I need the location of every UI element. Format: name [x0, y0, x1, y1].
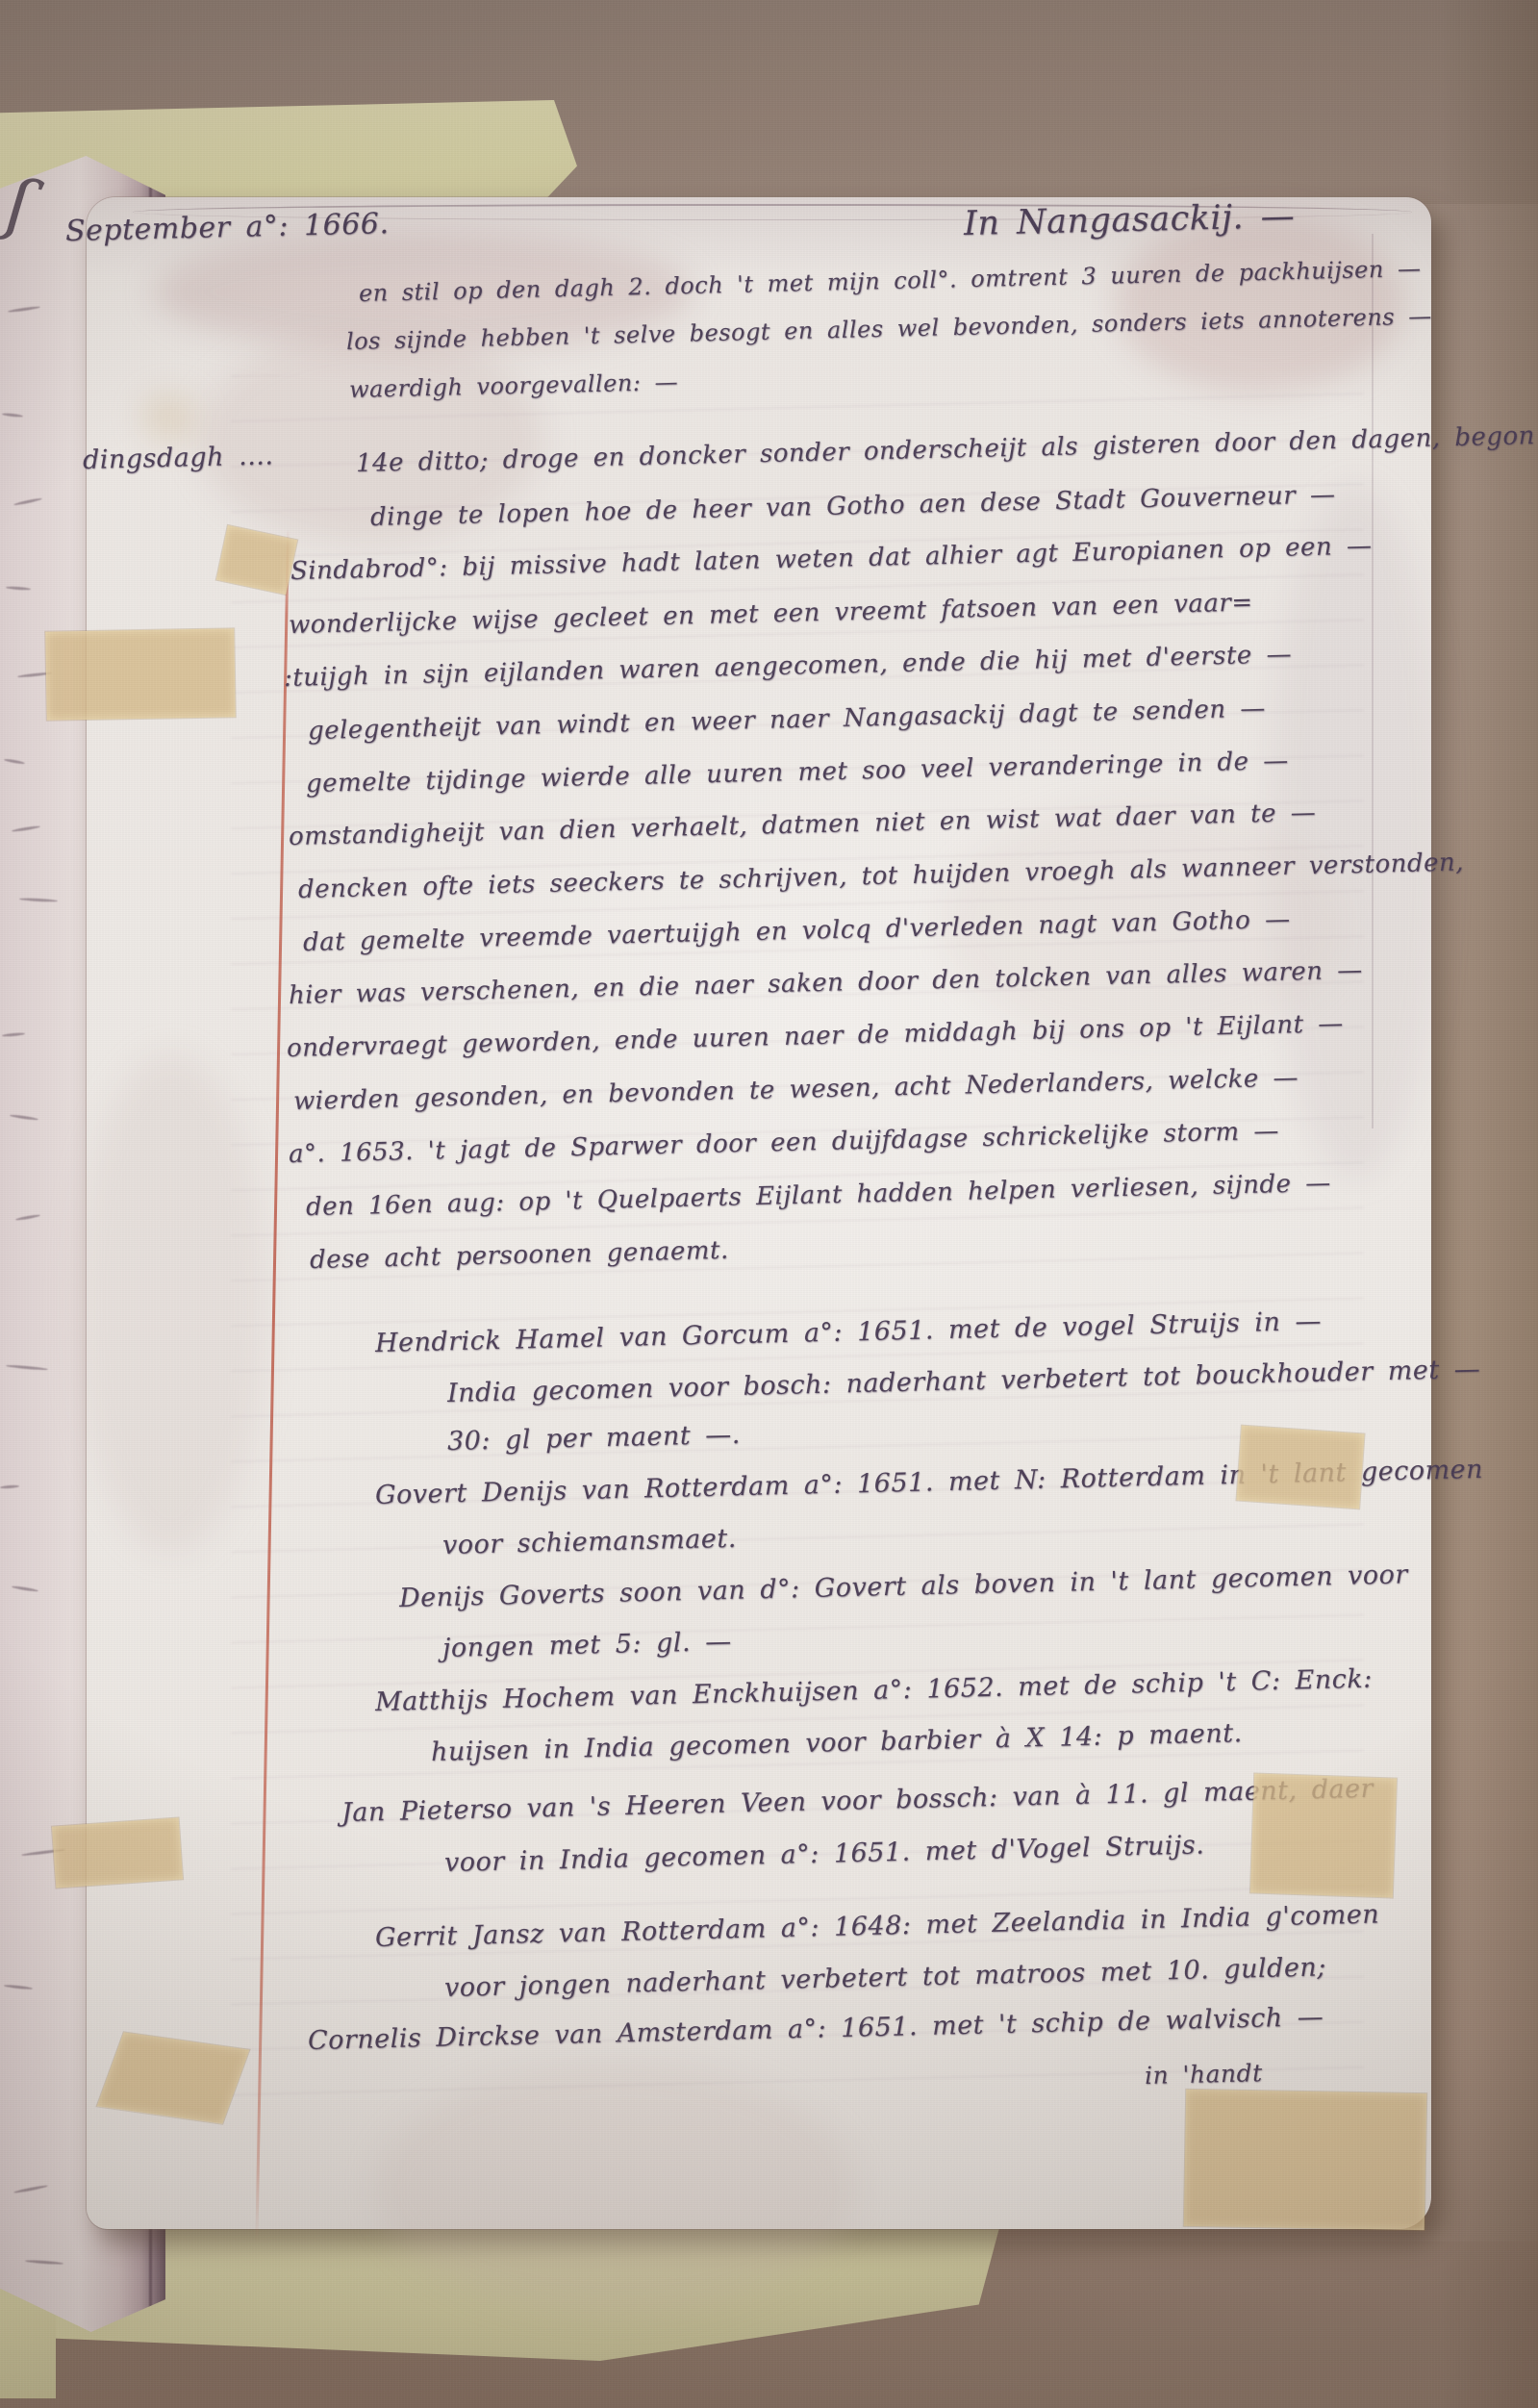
margin-day-label: dingsdagh ....: [83, 441, 274, 475]
manuscript-page: September a°: 1666. In Nangasackij. — en…: [87, 197, 1431, 2229]
stack-ink-mark: [4, 758, 25, 765]
place-header: In Nangasackij. —: [964, 197, 1296, 243]
stack-ink-mark: [0, 1484, 19, 1488]
tape-patch: [1236, 1426, 1364, 1509]
stack-ink-mark: [2, 413, 23, 418]
tape-patch: [45, 628, 236, 720]
tape-patch: [1250, 1773, 1397, 1897]
catchword: in 'handt: [1145, 2059, 1263, 2090]
stack-ink-mark: [6, 1364, 48, 1371]
stack-ink-mark: [12, 1585, 38, 1592]
archive-photo: ʃ September a°: 1666.: [0, 0, 1538, 2408]
stack-ink-mark: [15, 1214, 40, 1221]
stack-ink-mark: [13, 497, 42, 506]
stack-ink-mark: [25, 2260, 63, 2266]
stack-ink-mark: [8, 306, 40, 314]
stack-ink-mark: [13, 2185, 48, 2194]
tape-patch: [52, 1817, 183, 1888]
stack-ink-mark: [2, 1032, 25, 1037]
cardboard-shading-right: [1441, 0, 1538, 2408]
right-margin-crease: [1372, 234, 1374, 1128]
stack-ink-mark: [19, 898, 58, 902]
stack-ink-mark: [12, 825, 40, 833]
stack-ink-mark: [4, 1984, 33, 1990]
tape-patch: [1184, 2090, 1426, 2230]
page-stain: [142, 394, 196, 441]
stack-ink-mark: [10, 1114, 38, 1121]
stack-ink-mark: [6, 586, 31, 591]
